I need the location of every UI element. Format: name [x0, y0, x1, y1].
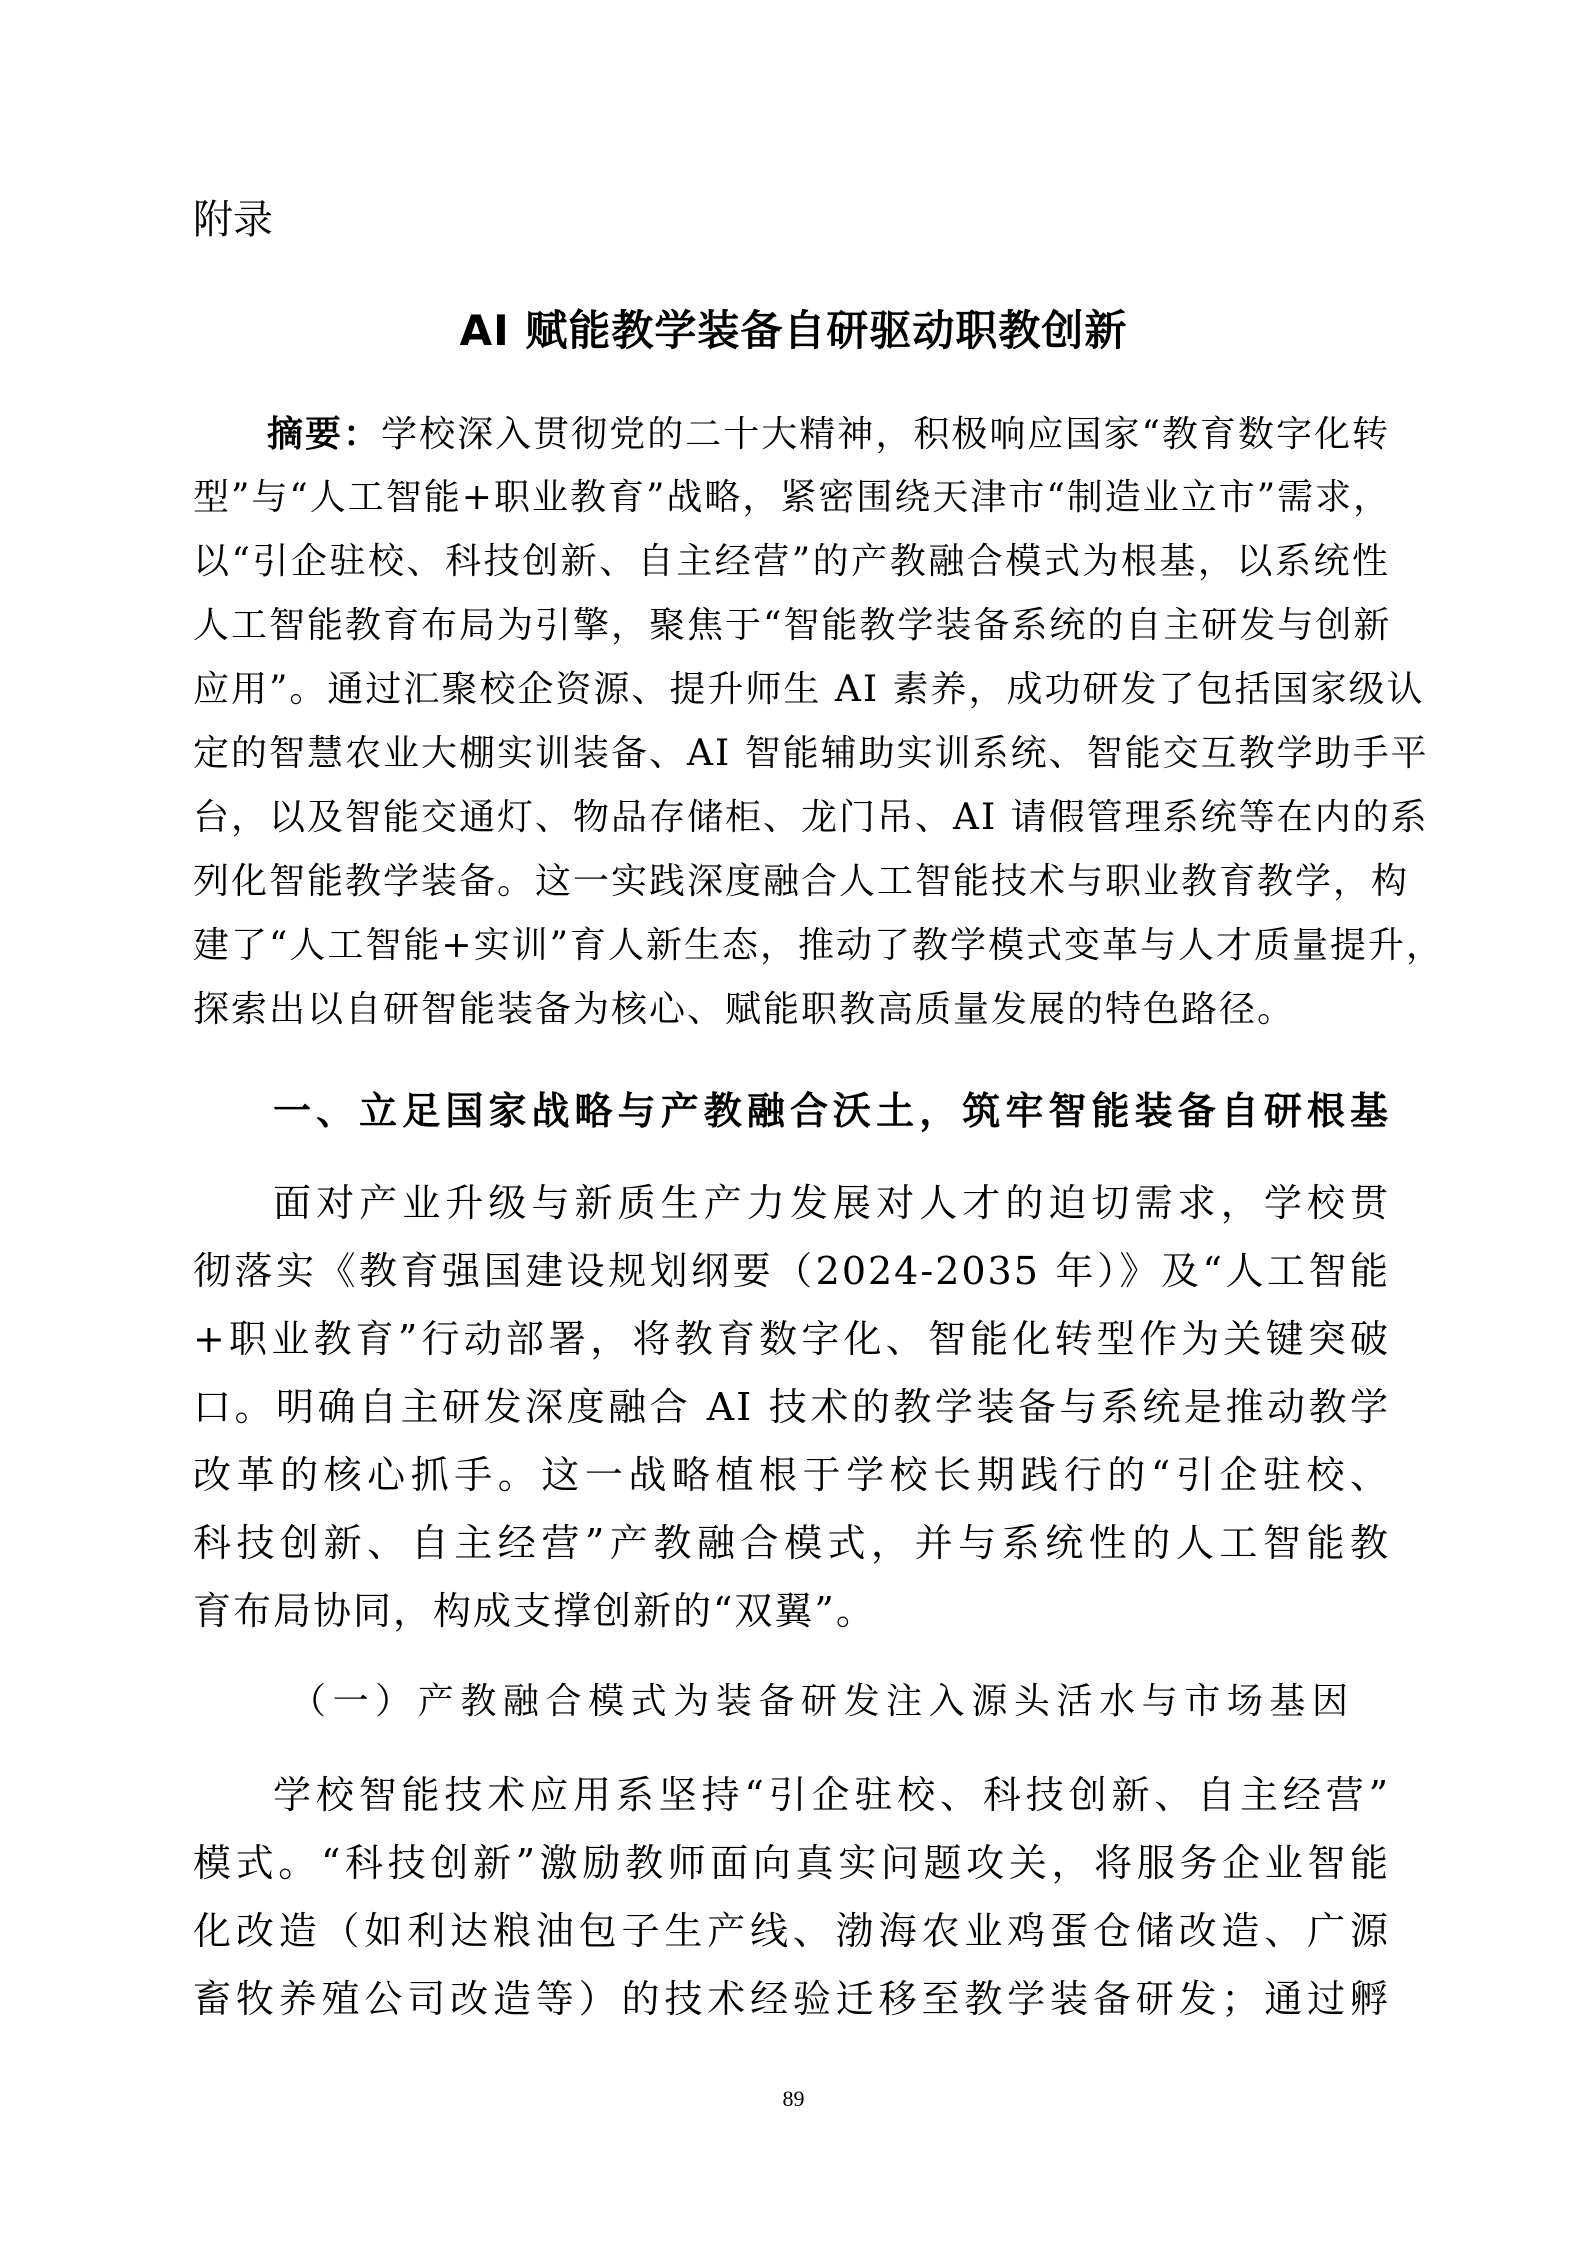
document-page: 附录 AI 赋能教学装备自研驱动职教创新 摘要：学校深入贯彻党的二十大精神，积极…	[0, 0, 1587, 2245]
paragraph-line: 学校智能技术应用系坚持“引企驻校、科技创新、自主经营”	[273, 1772, 1390, 1818]
page-number: 89	[0, 2086, 1587, 2112]
abstract-line: 以“引企驻校、科技创新、自主经营”的产教融合模式为根基，以系统性	[193, 540, 1390, 584]
abstract-line: 摘要：学校深入贯彻党的二十大精神，积极响应国家“教育数字化转	[267, 412, 1390, 457]
abstract-line: 探索出以自研智能装备为核心、赋能职教高质量发展的特色路径。	[193, 988, 1390, 1032]
paragraph-line: 科技创新、自主经营”产教融合模式，并与系统性的人工智能教	[193, 1520, 1390, 1566]
abstract-label: 摘要：	[267, 413, 381, 455]
paragraph-line: 化改造（如利达粮油包子生产线、渤海农业鸡蛋仓储改造、广源	[193, 1908, 1390, 1954]
abstract-line: 型”与“人工智能+职业教育”战略，紧密围绕天津市“制造业立市”需求，	[193, 476, 1390, 520]
section-heading: 一、立足国家战略与产教融合沃土，筑牢智能装备自研根基	[273, 1088, 1390, 1134]
abstract-line: 定的智慧农业大棚实训装备、AI 智能辅助实训系统、智能交互教学助手平	[193, 732, 1390, 776]
paragraph-line: 口。明确自主研发深度融合 AI 技术的教学装备与系统是推动教学	[193, 1384, 1390, 1430]
abstract-line: 应用”。通过汇聚校企资源、提升师生 AI 素养，成功研发了包括国家级认	[193, 668, 1390, 712]
paragraph-line: 育布局协同，构成支撑创新的“双翼”。	[193, 1588, 1390, 1634]
paragraph-line: 模式。“科技创新”激励教师面向真实问题攻关，将服务企业智能	[193, 1840, 1390, 1886]
subsection-heading: （一）产教融合模式为装备研发注入源头活水与市场基因	[290, 1680, 1350, 1724]
abstract-line: 人工智能教育布局为引擎，聚焦于“智能教学装备系统的自主研发与创新	[193, 604, 1390, 648]
paragraph-line: +职业教育”行动部署，将教育数字化、智能化转型作为关键突破	[193, 1316, 1390, 1362]
paragraph-line: 面对产业升级与新质生产力发展对人才的迫切需求，学校贯	[273, 1180, 1390, 1226]
paragraph-line: 改革的核心抓手。这一战略植根于学校长期践行的“引企驻校、	[193, 1452, 1390, 1498]
paragraph-line: 畜牧养殖公司改造等）的技术经验迁移至教学装备研发；通过孵	[193, 1976, 1390, 2022]
document-title: AI 赋能教学装备自研驱动职教创新	[0, 306, 1587, 356]
abstract-line: 建了“人工智能+实训”育人新生态，推动了教学模式变革与人才质量提升，	[193, 924, 1390, 968]
appendix-label: 附录	[193, 196, 273, 244]
abstract-line: 台，以及智能交通灯、物品存储柜、龙门吊、AI 请假管理系统等在内的系	[193, 796, 1390, 840]
paragraph-line: 彻落实《教育强国建设规划纲要（2024-2035 年）》及“人工智能	[193, 1248, 1390, 1294]
abstract-line: 列化智能教学装备。这一实践深度融合人工智能技术与职业教育教学，构	[193, 860, 1390, 904]
abstract-line-text: 学校深入贯彻党的二十大精神，积极响应国家“教育数字化转	[381, 414, 1390, 455]
